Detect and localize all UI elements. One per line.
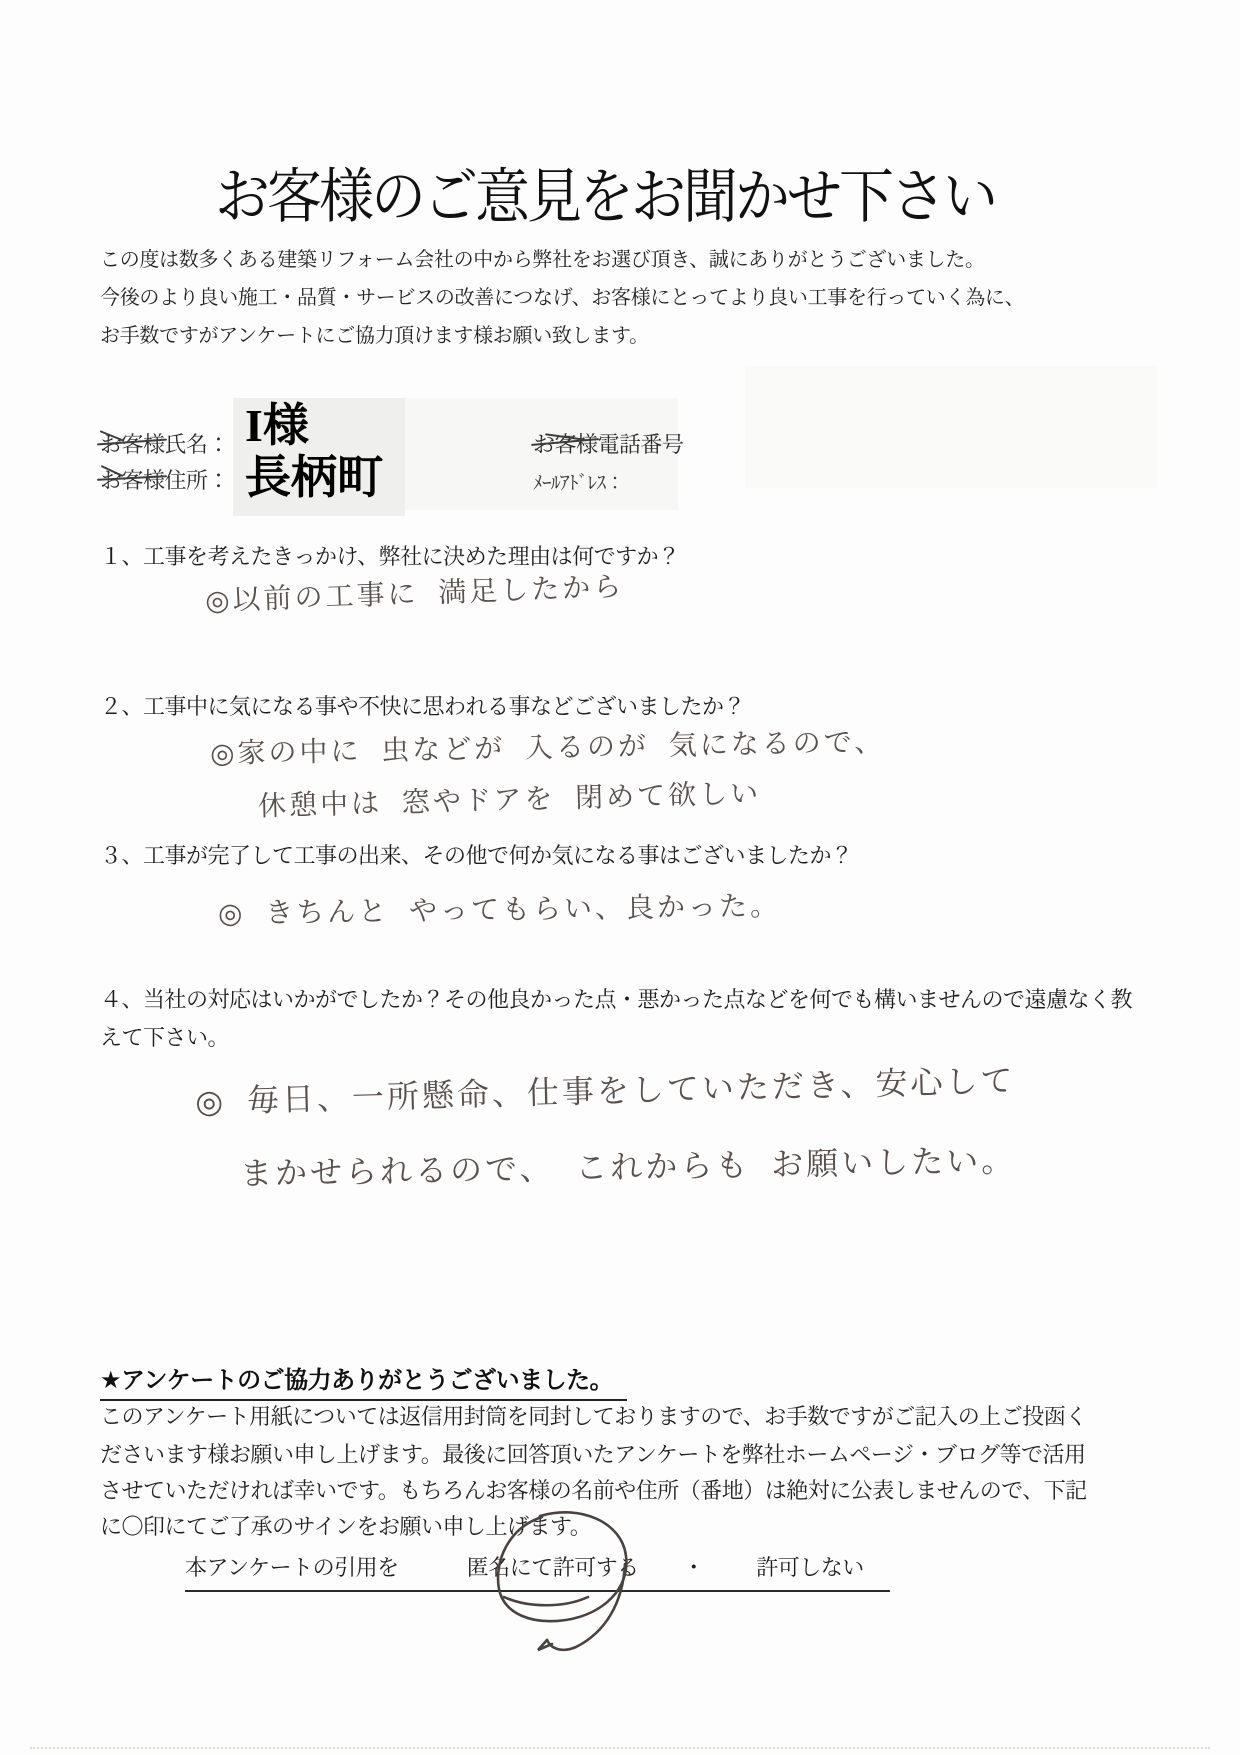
survey-sheet: お客様のご意見をお聞かせ下さい この度は数多くある建築リフォーム会社の中から弊社… [0,0,1240,1755]
handwritten-answer-3: ◎ きちんと やってもらい、良かった。 [218,884,782,932]
redaction-box [745,366,1157,488]
handwritten-answer-4-line2: まかせられるので、 これからも お願いしたい。 [240,1135,1017,1195]
question-3-text: ３、工事が完了して工事の出来、その他で何か気になる事はございましたか？ [100,837,1150,875]
handwritten-answer-2-line2: 休憩中は 窓やドアを 閉めて欲しい [258,771,762,824]
intro-line: お手数ですがアンケートにご協力頂けます様お願い致します。 [100,319,649,348]
question-1-text: １、工事を考えたきっかけ、弊社に決めた理由は何ですか？ [100,538,1150,576]
customer-name-value: I様 [245,403,309,449]
customer-email-label: ﾒｰﾙｱﾄﾞﾚｽ： [533,468,624,495]
footer-line: ださいます様お願い申し上げます。最後に回答頂いたアンケートを弊社ホームページ・ブ… [100,1436,1085,1474]
consent-option-deny: 許可しない [756,1555,864,1580]
intro-line: 今後のより良い施工・品質・サービスの改善につなげ、お客様にとってより良い工事を行… [100,281,1024,310]
consent-prefix: 本アンケートの引用を [185,1555,399,1580]
handwritten-answer-4-line1: ◎ 毎日、一所懸命、仕事をしていただき、安心して [195,1055,1016,1122]
question-4-text: ４、当社の対応はいかがでしたか？その他良かった点・悪かった点などを何でも構いませ… [100,981,1150,1057]
hand-drawn-circle-annotation [452,1502,682,1687]
consent-separator: ・ [683,1555,705,1580]
question-2-text: ２、工事中に気になる事や不快に思われる事などございましたか？ [100,688,1150,726]
footer-line: このアンケート用紙については返信用封筒を同封しておりますので、お手数ですがご記入… [100,1398,1087,1436]
thanks-heading: ★アンケートのご協力ありがとうございました。 [100,1360,627,1401]
handwritten-answer-2-line1: ◎家の中に 虫などが 入るのが 気になるので、 [210,720,886,772]
scan-artifact [30,1747,1210,1749]
customer-address-value: 長柄町 [245,455,383,501]
thanks-heading-wrap: ★アンケートのご協力ありがとうございました。 [100,1360,627,1401]
page-title: お客様のご意見をお聞かせ下さい [215,149,995,234]
intro-line: この度は数多くある建築リフォーム会社の中から弊社をお選び頂き、誠にありがとうござ… [100,243,985,272]
